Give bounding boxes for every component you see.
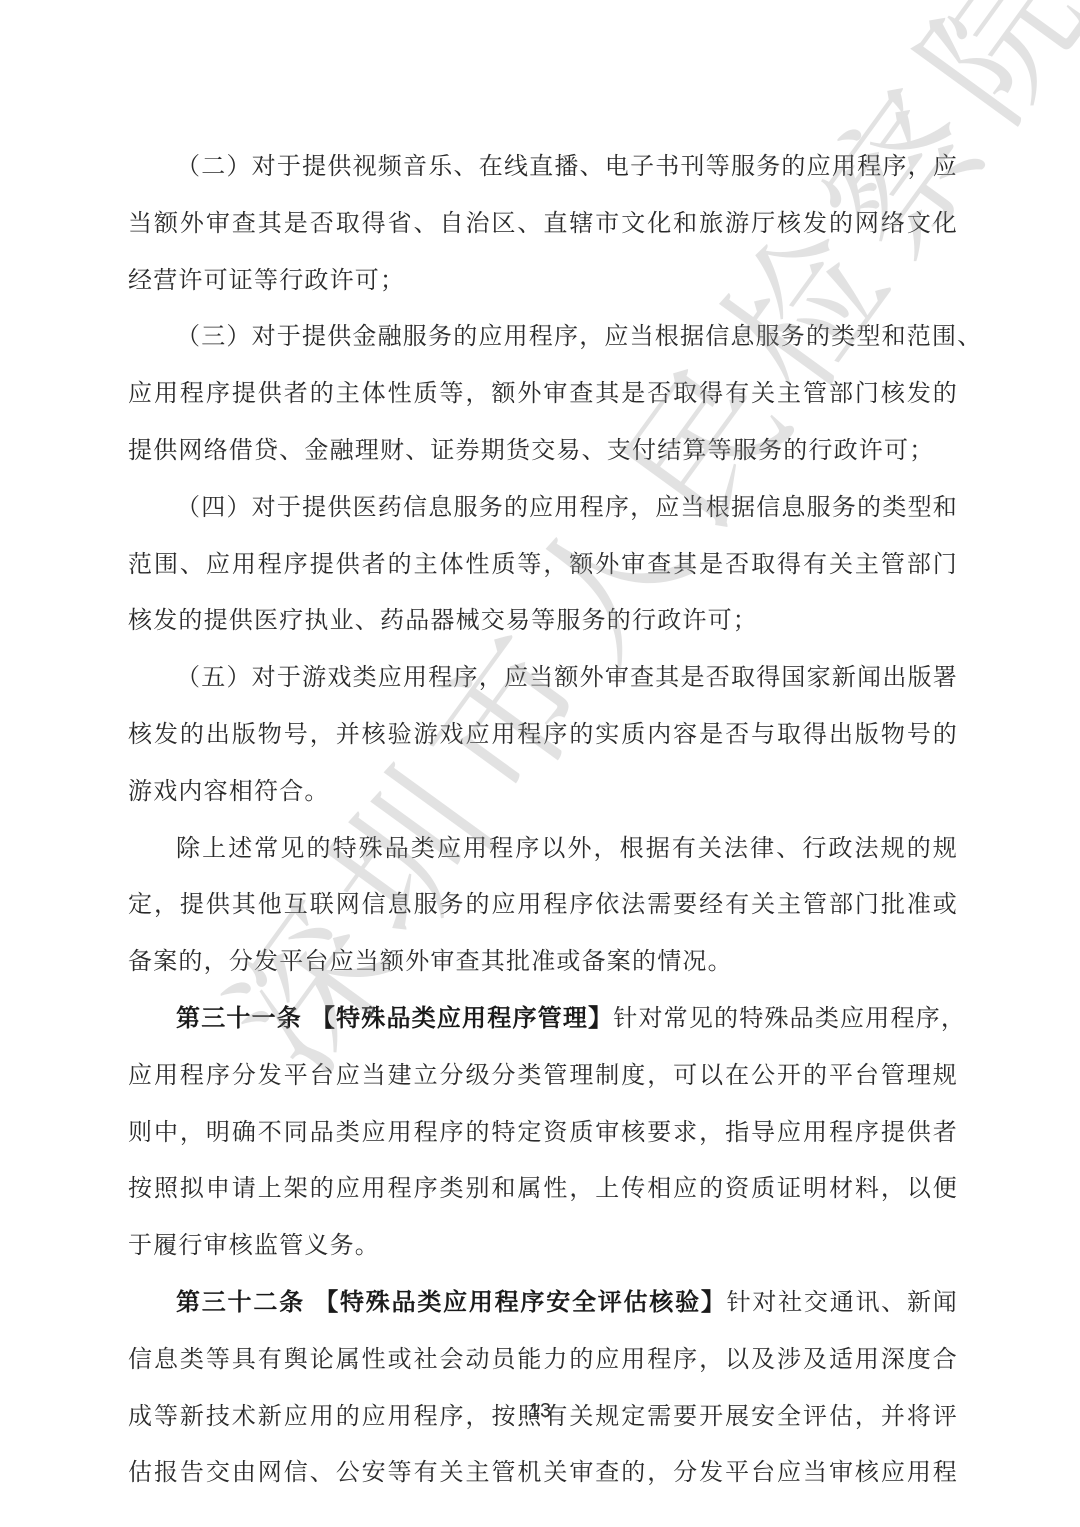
- text-line: 游戏内容相符合。: [128, 763, 958, 820]
- text-line: （五）对于游戏类应用程序，应当额外审查其是否取得国家新闻出版署: [128, 649, 958, 706]
- text-line: 定，提供其他互联网信息服务的应用程序依法需要经有关主管部门批准或: [128, 876, 958, 933]
- text-line: 于履行审核监管义务。: [128, 1217, 958, 1274]
- article-text: 针对社交通讯、新闻: [727, 1288, 958, 1316]
- text-line: 信息类等具有舆论属性或社会动员能力的应用程序，以及涉及适用深度合: [128, 1331, 958, 1388]
- text-line: 提供网络借贷、金融理财、证券期货交易、支付结算等服务的行政许可；: [128, 422, 958, 479]
- page-number: 13: [0, 1400, 1080, 1423]
- paragraph-other-services: 除上述常见的特殊品类应用程序以外，根据有关法律、行政法规的规 定，提供其他互联网…: [128, 820, 958, 990]
- text-line: 估报告交由网信、公安等有关主管机关审查的，分发平台应当审核应用程: [128, 1444, 958, 1501]
- text-line: （二）对于提供视频音乐、在线直播、电子书刊等服务的应用程序，应: [128, 138, 958, 195]
- document-body: （二）对于提供视频音乐、在线直播、电子书刊等服务的应用程序，应 当额外审查其是否…: [128, 138, 958, 1501]
- article-title: 【特殊品类应用程序安全评估核验】: [314, 1287, 726, 1316]
- paragraph-item-2: （二）对于提供视频音乐、在线直播、电子书刊等服务的应用程序，应 当额外审查其是否…: [128, 138, 958, 308]
- document-page: （二）对于提供视频音乐、在线直播、电子书刊等服务的应用程序，应 当额外审查其是否…: [0, 0, 1080, 1527]
- article-heading-line: 第三十一条 【特殊品类应用程序管理】针对常见的特殊品类应用程序，: [128, 990, 958, 1047]
- paragraph-item-5: （五）对于游戏类应用程序，应当额外审查其是否取得国家新闻出版署 核发的出版物号，…: [128, 649, 958, 819]
- article-number: 第三十一条: [176, 1003, 302, 1032]
- text-line: 核发的提供医疗执业、药品器械交易等服务的行政许可；: [128, 592, 958, 649]
- article-31: 第三十一条 【特殊品类应用程序管理】针对常见的特殊品类应用程序， 应用程序分发平…: [128, 990, 958, 1274]
- text-line: 经营许可证等行政许可；: [128, 252, 958, 309]
- article-32: 第三十二条 【特殊品类应用程序安全评估核验】针对社交通讯、新闻 信息类等具有舆论…: [128, 1274, 958, 1501]
- text-line: 范围、应用程序提供者的主体性质等，额外审查其是否取得有关主管部门: [128, 536, 958, 593]
- article-title: 【特殊品类应用程序管理】: [311, 1003, 613, 1032]
- text-line: 核发的出版物号，并核验游戏应用程序的实质内容是否与取得出版物号的: [128, 706, 958, 763]
- text-line: 备案的，分发平台应当额外审查其批准或备案的情况。: [128, 933, 958, 990]
- text-line: 则中，明确不同品类应用程序的特定资质审核要求，指导应用程序提供者: [128, 1104, 958, 1161]
- article-text: 针对常见的特殊品类应用程序，: [613, 1004, 966, 1032]
- text-line: （四）对于提供医药信息服务的应用程序，应当根据信息服务的类型和: [128, 479, 958, 536]
- text-line: 除上述常见的特殊品类应用程序以外，根据有关法律、行政法规的规: [128, 820, 958, 877]
- article-number: 第三十二条: [176, 1287, 305, 1316]
- paragraph-item-3: （三）对于提供金融服务的应用程序，应当根据信息服务的类型和范围、 应用程序提供者…: [128, 308, 958, 478]
- text-line: （三）对于提供金融服务的应用程序，应当根据信息服务的类型和范围、: [128, 308, 958, 365]
- text-line: 按照拟申请上架的应用程序类别和属性，上传相应的资质证明材料，以便: [128, 1160, 958, 1217]
- article-heading-line: 第三十二条 【特殊品类应用程序安全评估核验】针对社交通讯、新闻: [128, 1274, 958, 1331]
- text-line: 应用程序分发平台应当建立分级分类管理制度，可以在公开的平台管理规: [128, 1047, 958, 1104]
- paragraph-item-4: （四）对于提供医药信息服务的应用程序，应当根据信息服务的类型和 范围、应用程序提…: [128, 479, 958, 649]
- text-line: 当额外审查其是否取得省、自治区、直辖市文化和旅游厅核发的网络文化: [128, 195, 958, 252]
- text-line: 应用程序提供者的主体性质等，额外审查其是否取得有关主管部门核发的: [128, 365, 958, 422]
